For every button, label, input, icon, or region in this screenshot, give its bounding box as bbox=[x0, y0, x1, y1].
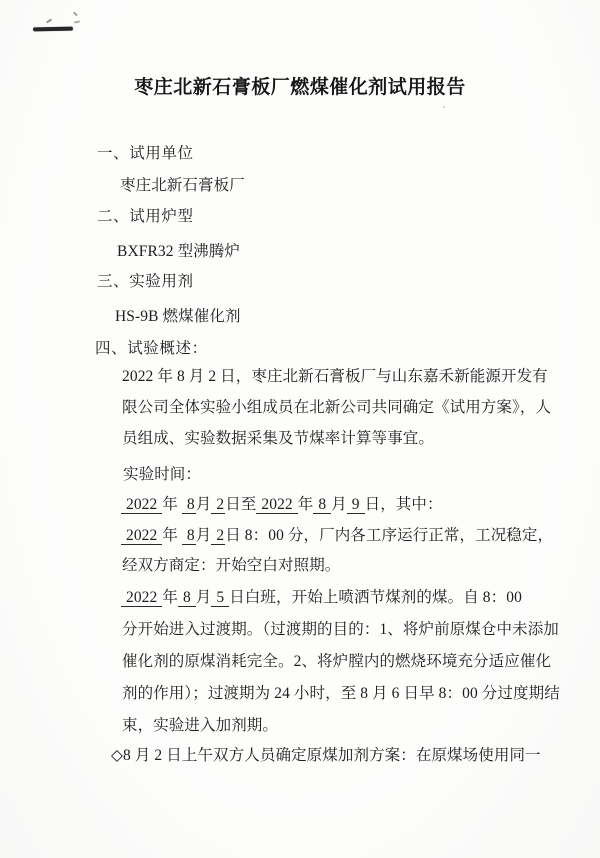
experiment-date-range-line: 2022 年 8月 2日至 2022 年 8 月 9 日，其中： bbox=[121, 496, 443, 514]
underlined-date-field: 8 bbox=[182, 528, 196, 545]
overview-heading: 四、试验概述： bbox=[95, 340, 208, 357]
coal-dosing-plan-line: ◇8 月 2 日上午双方人员确定原煤加剂方案：在原煤场使用同一 bbox=[111, 747, 541, 764]
overview-line-2: 限公司全体实验小组成员在北新公司共同确定《试用方案》，人 bbox=[122, 399, 551, 416]
underlined-date-field: 5 bbox=[211, 590, 229, 607]
scan-speckle bbox=[443, 106, 445, 108]
underlined-date-field: 8 bbox=[313, 497, 331, 514]
overview-line-1: 2022 年 8 月 2 日，枣庄北新石膏板厂与山东嘉禾新能源开发有 bbox=[122, 368, 548, 385]
reagent-heading: 三、实验用剂 bbox=[97, 273, 194, 290]
pen-tick-mark bbox=[46, 19, 52, 24]
underlined-date-field: 8 bbox=[178, 590, 196, 607]
underlined-date-field: 2022 bbox=[121, 497, 162, 514]
underlined-date-field: 2022 bbox=[121, 590, 162, 607]
faint-pen-mark-2 bbox=[74, 20, 80, 23]
underlined-date-field: 2022 bbox=[256, 497, 297, 514]
scan-ink-bar bbox=[33, 27, 73, 32]
report-title: 枣庄北新石膏板厂燃煤催化剂试用报告 bbox=[0, 72, 600, 99]
transition-period-line-3: 剂的作用）；过渡期为 24 小时，至 8 月 6 日早 8：00 分过度期结 bbox=[122, 685, 560, 702]
underlined-date-field: 8 bbox=[182, 497, 196, 514]
trial-unit-heading: 一、试用单位 bbox=[97, 145, 194, 162]
furnace-type-value: BXFR32 型沸腾炉 bbox=[117, 243, 240, 260]
blank-period-start-line: 2022 年 8月 2日 8：00 分，厂内各工序运行正常，工况稳定， bbox=[121, 527, 553, 545]
underlined-date-field: 2 bbox=[211, 497, 225, 514]
trial-unit-value: 枣庄北新石膏板厂 bbox=[120, 177, 245, 194]
scanned-report-page: 枣庄北新石膏板厂燃煤催化剂试用报告 一、试用单位 枣庄北新石膏板厂 二、试用炉型… bbox=[0, 0, 600, 858]
underlined-date-field: 2022 bbox=[121, 528, 162, 545]
spray-start-date-line: 2022 年 8 月 5 日白班，开始上喷洒节煤剂的煤。自 8：00 bbox=[121, 589, 522, 607]
overview-line-3: 员组成、实验数据采集及节煤率计算等事宜。 bbox=[122, 430, 434, 447]
faint-pen-mark-1 bbox=[73, 12, 78, 16]
dosing-period-start-line: 束，实验进入加剂期。 bbox=[122, 717, 278, 734]
underlined-date-field: 2 bbox=[211, 528, 225, 545]
transition-period-line-2: 催化剂的原煤消耗完全。2、将炉膛内的燃烧环境充分适应催化 bbox=[122, 653, 551, 670]
experiment-time-label: 实验时间： bbox=[123, 466, 201, 483]
transition-period-line-1: 分开始进入过渡期。（过渡期的目的：1、将炉前原煤仓中未添加 bbox=[122, 621, 559, 638]
blank-period-agreement-line: 经双方商定：开始空白对照期。 bbox=[122, 557, 340, 574]
underlined-date-field: 9 bbox=[347, 497, 365, 514]
furnace-type-heading: 二、试用炉型 bbox=[97, 208, 194, 225]
reagent-value: HS-9B 燃煤催化剂 bbox=[115, 308, 241, 325]
